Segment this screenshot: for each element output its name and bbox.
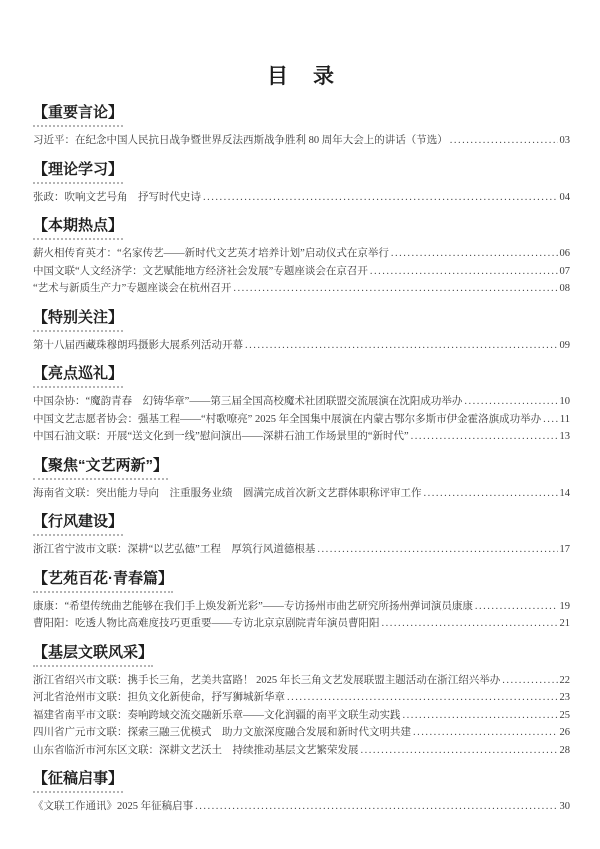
toc-entry: 中国杂协：“魔韵青春 幻铸华章”——第三届全国高校魔术社团联盟交流展演在沈阳成功…	[33, 393, 570, 411]
entry-title: 山东省临沂市河东区文联：深耕文艺沃土 持续推动基层文艺繁荣发展	[33, 742, 359, 760]
entry-title: 四川省广元市文联：探索三融三优模式 助力文旅深度融合发展和新时代文明共建	[33, 724, 411, 742]
entry-title: 曹阳阳：吃透人物比高难度技巧更重要——专访北京京剧院青年演员曹阳阳	[33, 615, 380, 633]
section-header: 【征稿启事】	[33, 770, 123, 793]
toc-entry: 四川省广元市文联：探索三融三优模式 助力文旅深度融合发展和新时代文明共建 26	[33, 724, 570, 742]
entry-page-number: 04	[560, 189, 571, 207]
entry-title: 中国石油文联：开展“送文化到一线”慰问演出——深耕石油工作场景里的“新时代”	[33, 428, 409, 446]
section-entries: 海南省文联：突出能力导向 注重服务业绩 圆满完成首次新文艺群体职称评审工作 14	[33, 480, 570, 503]
section-header: 【亮点巡礼】	[33, 365, 123, 388]
dot-leader	[502, 672, 557, 690]
section-art-garden-youth: 【艺苑百花·青春篇】 康康：“希望传统曲艺能够在我们手上焕发新光彩”——专访扬州…	[33, 570, 570, 633]
page-title: 目 录	[33, 60, 570, 90]
entry-page-number: 23	[560, 689, 571, 707]
toc-entry: 薪火相传育英才：“名家传艺——新时代文艺英才培养计划”启动仪式在京举行 06	[33, 245, 570, 263]
section-entries: 浙江省绍兴市文联：携手长三角，艺美共富路！ 2025 年长三角文艺发展联盟主题活…	[33, 667, 570, 760]
entry-title: 中国杂协：“魔韵青春 幻铸华章”——第三届全国高校魔术社团联盟交流展演在沈阳成功…	[33, 393, 462, 411]
toc-entry: 康康：“希望传统曲艺能够在我们手上焕发新光彩”——专访扬州市曲艺研究所扬州弹词演…	[33, 598, 570, 616]
toc-entry: 张政：吹响文艺号角 抒写时代史诗 04	[33, 189, 570, 207]
section-entries: 薪火相传育英才：“名家传艺——新时代文艺英才培养计划”启动仪式在京举行 06 中…	[33, 240, 570, 298]
dot-leader	[411, 428, 558, 446]
entry-page-number: 07	[560, 263, 571, 281]
entry-title: 福建省南平市文联：奏响跨域交流交融新乐章——文化润疆的南平文联生动实践	[33, 707, 401, 725]
section-current-hotspots: 【本期热点】 薪火相传育英才：“名家传艺——新时代文艺英才培养计划”启动仪式在京…	[33, 217, 570, 298]
section-entries: 浙江省宁波市文联：深耕“以艺弘德”工程 厚筑行风道德根基 17	[33, 536, 570, 559]
section-entries: 康康：“希望传统曲艺能够在我们手上焕发新光彩”——专访扬州市曲艺研究所扬州弹词演…	[33, 593, 570, 633]
entry-title: 浙江省宁波市文联：深耕“以艺弘德”工程 厚筑行风道德根基	[33, 541, 315, 559]
dot-leader	[475, 598, 558, 616]
entry-page-number: 22	[560, 672, 571, 690]
section-grassroots-federation: 【基层文联风采】 浙江省绍兴市文联：携手长三角，艺美共富路！ 2025 年长三角…	[33, 644, 570, 760]
entry-page-number: 17	[560, 541, 571, 559]
section-header: 【聚焦“文艺两新”】	[33, 457, 168, 480]
entry-page-number: 06	[560, 245, 571, 263]
toc-entry: 河北省沧州市文联：担负文化新使命，抒写狮城新华章 23	[33, 689, 570, 707]
toc-entry: “艺术与新质生产力”专题座谈会在杭州召开 08	[33, 280, 570, 298]
dot-leader	[413, 724, 558, 742]
entry-page-number: 09	[560, 337, 571, 355]
entry-page-number: 08	[560, 280, 571, 298]
entry-page-number: 14	[560, 485, 571, 503]
section-focus-two-new-literary: 【聚焦“文艺两新”】 海南省文联：突出能力导向 注重服务业绩 圆满完成首次新文艺…	[33, 457, 570, 503]
toc-entry: 福建省南平市文联：奏响跨域交流交融新乐章——文化润疆的南平文联生动实践 25	[33, 707, 570, 725]
dot-leader	[543, 411, 558, 429]
entry-page-number: 26	[560, 724, 571, 742]
entry-page-number: 30	[560, 798, 571, 816]
section-entries: 中国杂协：“魔韵青春 幻铸华章”——第三届全国高校魔术社团联盟交流展演在沈阳成功…	[33, 388, 570, 446]
section-entries: 习近平：在纪念中国人民抗日战争暨世界反法西斯战争胜利 80 周年大会上的讲话（节…	[33, 127, 570, 150]
section-header: 【本期热点】	[33, 217, 123, 240]
dot-leader	[391, 245, 558, 263]
dot-leader	[287, 689, 558, 707]
entry-title: 浙江省绍兴市文联：携手长三角，艺美共富路！ 2025 年长三角文艺发展联盟主题活…	[33, 672, 500, 690]
toc-entry: 浙江省宁波市文联：深耕“以艺弘德”工程 厚筑行风道德根基 17	[33, 541, 570, 559]
toc-entry: 中国文艺志愿者协会：强基工程——“村歌嘹亮” 2025 年全国集中展演在内蒙古鄂…	[33, 411, 570, 429]
toc-entry: 浙江省绍兴市文联：携手长三角，艺美共富路！ 2025 年长三角文艺发展联盟主题活…	[33, 672, 570, 690]
toc-entry: 习近平：在纪念中国人民抗日战争暨世界反法西斯战争胜利 80 周年大会上的讲话（节…	[33, 132, 570, 150]
dot-leader	[245, 337, 558, 355]
section-header: 【基层文联风采】	[33, 644, 153, 667]
entry-title: “艺术与新质生产力”专题座谈会在杭州召开	[33, 280, 231, 298]
section-entries: 张政：吹响文艺号角 抒写时代史诗 04	[33, 184, 570, 207]
entry-title: 张政：吹响文艺号角 抒写时代史诗	[33, 189, 201, 207]
dot-leader	[450, 132, 558, 150]
entry-title: 习近平：在纪念中国人民抗日战争暨世界反法西斯战争胜利 80 周年大会上的讲话（节…	[33, 132, 448, 150]
section-header: 【艺苑百花·青春篇】	[33, 570, 173, 593]
toc-entry: 中国石油文联：开展“送文化到一线”慰问演出——深耕石油工作场景里的“新时代” 1…	[33, 428, 570, 446]
section-theory-study: 【理论学习】 张政：吹响文艺号角 抒写时代史诗 04	[33, 161, 570, 207]
section-header: 【特别关注】	[33, 309, 123, 332]
toc-entry: 海南省文联：突出能力导向 注重服务业绩 圆满完成首次新文艺群体职称评审工作 14	[33, 485, 570, 503]
entry-page-number: 11	[560, 411, 570, 429]
section-special-focus: 【特别关注】 第十八届西藏珠穆朗玛摄影大展系列活动开幕 09	[33, 309, 570, 355]
section-header: 【理论学习】	[33, 161, 123, 184]
dot-leader	[382, 615, 558, 633]
toc-entry: 第十八届西藏珠穆朗玛摄影大展系列活动开幕 09	[33, 337, 570, 355]
entry-page-number: 03	[560, 132, 571, 150]
section-important-remarks: 【重要言论】 习近平：在纪念中国人民抗日战争暨世界反法西斯战争胜利 80 周年大…	[33, 104, 570, 150]
dot-leader	[424, 485, 558, 503]
section-entries: 第十八届西藏珠穆朗玛摄影大展系列活动开幕 09	[33, 332, 570, 355]
entry-title: 中国文联“人文经济学：文艺赋能地方经济社会发展”专题座谈会在京召开	[33, 263, 368, 281]
dot-leader	[195, 798, 557, 816]
entry-title: 河北省沧州市文联：担负文化新使命，抒写狮城新华章	[33, 689, 285, 707]
entry-page-number: 19	[560, 598, 571, 616]
toc-entry: 山东省临沂市河东区文联：深耕文艺沃土 持续推动基层文艺繁荣发展 28	[33, 742, 570, 760]
entry-title: 康康：“希望传统曲艺能够在我们手上焕发新光彩”——专访扬州市曲艺研究所扬州弹词演…	[33, 598, 473, 616]
section-header: 【行风建设】	[33, 513, 123, 536]
toc-entry: 曹阳阳：吃透人物比高难度技巧更重要——专访北京京剧院青年演员曹阳阳 21	[33, 615, 570, 633]
dot-leader	[370, 263, 558, 281]
entry-title: 中国文艺志愿者协会：强基工程——“村歌嘹亮” 2025 年全国集中展演在内蒙古鄂…	[33, 411, 541, 429]
section-call-for-papers: 【征稿启事】 《文联工作通讯》2025 年征稿启事 30	[33, 770, 570, 816]
section-entries: 《文联工作通讯》2025 年征稿启事 30	[33, 793, 570, 816]
entry-page-number: 28	[560, 742, 571, 760]
dot-leader	[464, 393, 557, 411]
section-header: 【重要言论】	[33, 104, 123, 127]
entry-title: 薪火相传育英才：“名家传艺——新时代文艺英才培养计划”启动仪式在京举行	[33, 245, 389, 263]
dot-leader	[203, 189, 558, 207]
dot-leader	[403, 707, 558, 725]
entry-title: 海南省文联：突出能力导向 注重服务业绩 圆满完成首次新文艺群体职称评审工作	[33, 485, 422, 503]
entry-title: 第十八届西藏珠穆朗玛摄影大展系列活动开幕	[33, 337, 243, 355]
toc-page: { "page": { "title": "目 录" }, "sections"…	[0, 0, 600, 849]
section-conduct-building: 【行风建设】 浙江省宁波市文联：深耕“以艺弘德”工程 厚筑行风道德根基 17	[33, 513, 570, 559]
dot-leader	[317, 541, 557, 559]
entry-page-number: 21	[560, 615, 571, 633]
dot-leader	[361, 742, 558, 760]
entry-page-number: 10	[560, 393, 571, 411]
toc-entry: 《文联工作通讯》2025 年征稿启事 30	[33, 798, 570, 816]
toc-entry: 中国文联“人文经济学：文艺赋能地方经济社会发展”专题座谈会在京召开 07	[33, 263, 570, 281]
entry-title: 《文联工作通讯》2025 年征稿启事	[33, 798, 193, 816]
entry-page-number: 25	[560, 707, 571, 725]
section-highlights-tour: 【亮点巡礼】 中国杂协：“魔韵青春 幻铸华章”——第三届全国高校魔术社团联盟交流…	[33, 365, 570, 446]
entry-page-number: 13	[560, 428, 571, 446]
dot-leader	[233, 280, 557, 298]
